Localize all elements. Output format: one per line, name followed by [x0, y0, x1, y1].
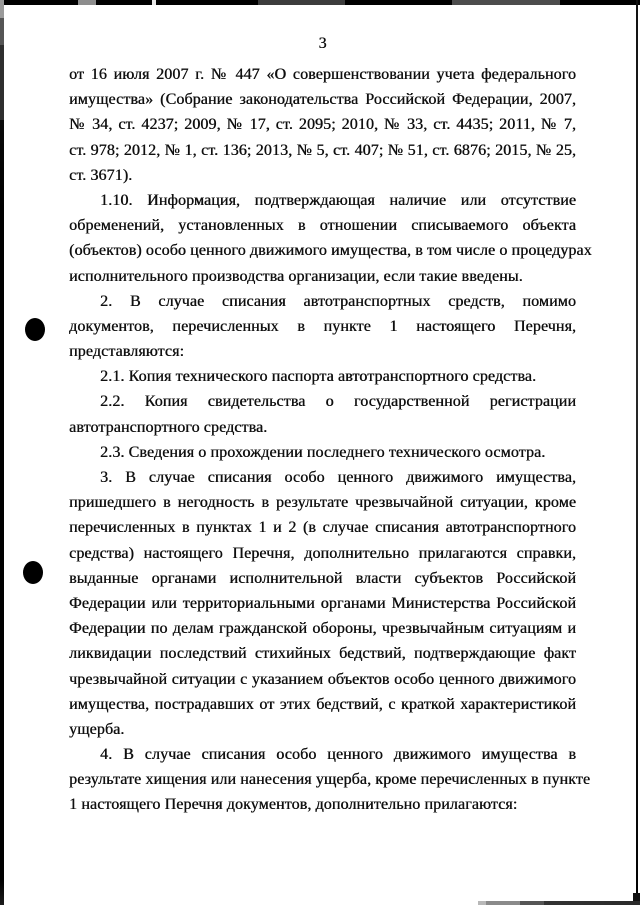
doc-line: 1.10. Информация, подтверждающая наличие… — [69, 188, 576, 213]
binding-hole-icon — [23, 561, 43, 584]
doc-line: 4. В случае списания особо ценного движи… — [69, 742, 576, 767]
doc-line: ликвидации последствий стихийных бедстви… — [69, 641, 576, 666]
binding-hole-icon — [25, 318, 45, 341]
doc-line: 2.1. Копия технического паспорта автотра… — [69, 364, 576, 389]
paragraph-2-2: 2.2. Копия свидетельства о государственн… — [69, 389, 576, 439]
doc-line: 3. В случае списания особо ценного движи… — [69, 465, 576, 490]
scan-top-edge-artifact — [0, 0, 640, 5]
doc-line: перечисленных в пунктах 1 и 2 (в случае … — [69, 515, 576, 540]
scan-right-edge-artifact — [636, 0, 638, 905]
doc-line: обременений, установленных в отношении с… — [69, 213, 576, 238]
paragraph-4: 4. В случае списания особо ценного движи… — [69, 742, 576, 818]
doc-line: Федерации или территориальными органами … — [69, 591, 576, 616]
document-body: от 16 июля 2007 г. № 447 «О совершенство… — [69, 62, 576, 818]
doc-line: документов, перечисленных в пункте 1 нас… — [69, 314, 576, 339]
paragraph-2-3: 2.3. Сведения о прохождении последнего т… — [69, 440, 576, 465]
scanned-document-page: 3 от 16 июля 2007 г. № 447 «О совершенст… — [0, 0, 640, 905]
doc-line: 2. В случае списания автотранспортных ср… — [69, 289, 576, 314]
doc-line: (объектов) особо ценного движимого имуще… — [69, 238, 576, 263]
doc-line: ущерба. — [69, 717, 576, 742]
paragraph-statute-citation: от 16 июля 2007 г. № 447 «О совершенство… — [69, 62, 576, 188]
doc-line: от 16 июля 2007 г. № 447 «О совершенство… — [69, 62, 576, 87]
doc-line: 1 настоящего Перечня документов, дополни… — [69, 792, 576, 817]
doc-line: результате хищения или нанесения ущерба,… — [69, 767, 576, 792]
doc-line: 2.3. Сведения о прохождении последнего т… — [69, 440, 576, 465]
doc-line: Федерации по делам гражданской обороны, … — [69, 616, 576, 641]
paragraph-1-10: 1.10. Информация, подтверждающая наличие… — [69, 188, 576, 289]
paragraph-2-1: 2.1. Копия технического паспорта автотра… — [69, 364, 576, 389]
doc-line: исполнительного производства организации… — [69, 264, 576, 289]
doc-line: ст. 978; 2012, № 1, ст. 136; 2013, № 5, … — [69, 138, 576, 163]
scan-bottom-edge-artifact — [478, 901, 640, 905]
scan-left-edge-artifact — [0, 0, 4, 905]
doc-line: ст. 3671). — [69, 163, 576, 188]
doc-line: 2.2. Копия свидетельства о государственн… — [69, 389, 576, 414]
page-number: 3 — [69, 31, 576, 56]
doc-line: выданные органами исполнительной власти … — [69, 566, 576, 591]
doc-line: № 34, ст. 4237; 2009, № 17, ст. 2095; 20… — [69, 112, 576, 137]
paragraph-2: 2. В случае списания автотранспортных ср… — [69, 289, 576, 365]
doc-line: пришедшего в негодность в результате чре… — [69, 490, 576, 515]
doc-line: имущества» (Собрание законодательства Ро… — [69, 87, 576, 112]
doc-line: имущества, пострадавших от этих бедствий… — [69, 692, 576, 717]
doc-line: чрезвычайной ситуации с указанием объект… — [69, 667, 576, 692]
doc-line: представляются: — [69, 339, 576, 364]
doc-line: автотранспортного средства. — [69, 415, 576, 440]
doc-line: средства) настоящего Перечня, дополнител… — [69, 541, 576, 566]
paragraph-3: 3. В случае списания особо ценного движи… — [69, 465, 576, 742]
